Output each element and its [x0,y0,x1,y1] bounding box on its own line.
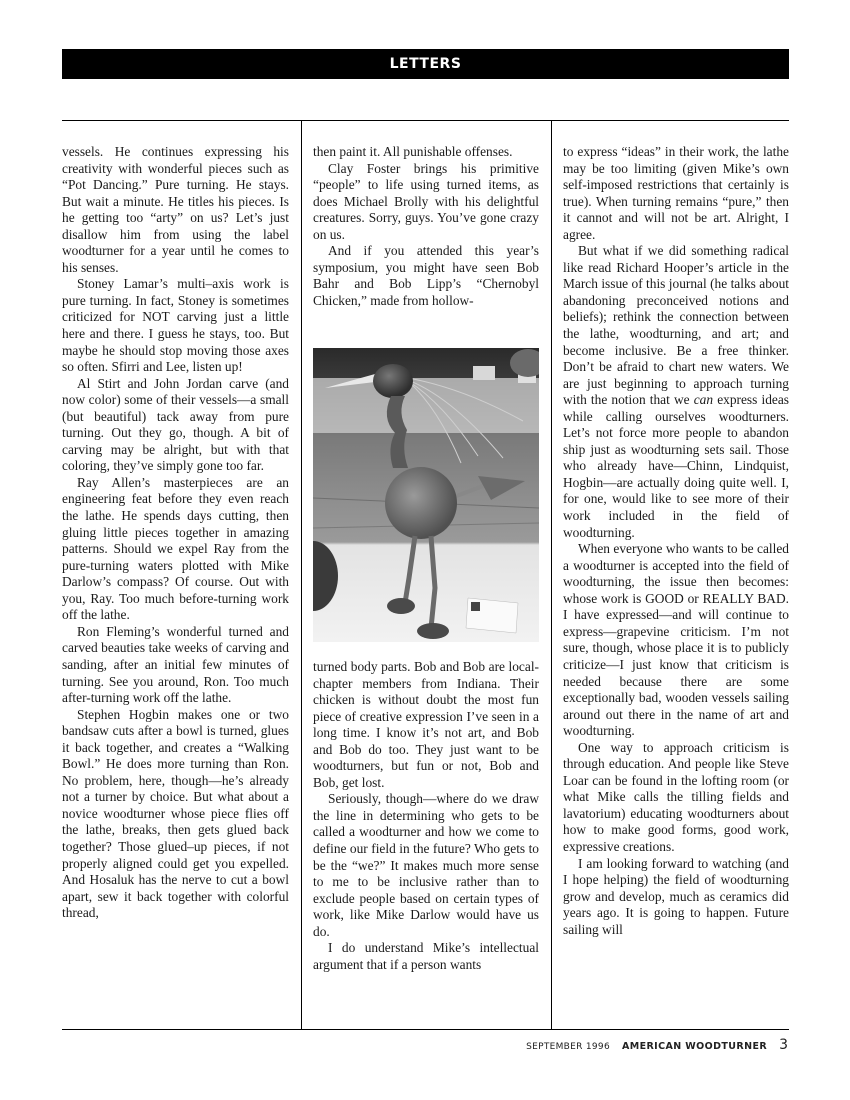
paragraph: turned body parts. Bob and Bob are local… [313,659,539,791]
column-2-bottom: turned body parts. Bob and Bob are local… [313,659,539,973]
paragraph: But what if we did something radical lik… [563,243,789,541]
emphasis-text: can [694,392,713,407]
bottom-rule [62,1029,789,1030]
chicken-sculpture-photo [313,348,539,642]
paragraph: vessels. He continues expressing his cre… [62,144,289,276]
paragraph: Clay Foster brings his primitive “people… [313,161,539,244]
paragraph: Stoney Lamar’s multi–axis work is pure t… [62,276,289,375]
paragraph: One way to approach criticism is through… [563,740,789,856]
column-1: vessels. He continues expressing his cre… [62,144,289,922]
text-run: But what if we did something radical lik… [563,243,789,407]
paragraph: I am looking forward to watching (and I … [563,856,789,939]
paragraph: I do understand Mike’s intellectual argu… [313,940,539,973]
page-footer: SEPTEMBER 1996 AMERICAN WOODTURNER 3 [526,1037,788,1053]
paragraph: And if you attended this year’s symposiu… [313,243,539,309]
section-title: LETTERS [390,56,462,72]
text-run: express ideas while calling ourselves wo… [563,392,789,539]
sculpture-photo-image [313,348,539,642]
magazine-name: AMERICAN WOODTURNER [622,1041,767,1052]
paragraph: When everyone who wants to be called a w… [563,541,789,740]
column-3: to express “ideas” in their work, the la… [563,144,789,938]
column-divider-1 [301,120,302,1030]
paragraph: Seriously, though—where do we draw the l… [313,791,539,940]
column-2-top: then paint it. All punishable offenses. … [313,144,539,309]
paragraph: Ron Fleming’s wonderful turned and carve… [62,624,289,707]
column-divider-2 [551,120,552,1030]
paragraph: Al Stirt and John Jordan carve (and now … [62,376,289,475]
issue-date: SEPTEMBER 1996 [526,1042,610,1052]
paragraph: then paint it. All punishable offenses. [313,144,539,161]
paragraph: to express “ideas” in their work, the la… [563,144,789,243]
page-number: 3 [779,1037,788,1053]
top-rule [62,120,789,121]
section-header-bar: LETTERS [62,49,789,79]
paragraph: Ray Allen’s masterpieces are an engineer… [62,475,289,624]
paragraph: Stephen Hogbin makes one or two bandsaw … [62,707,289,922]
